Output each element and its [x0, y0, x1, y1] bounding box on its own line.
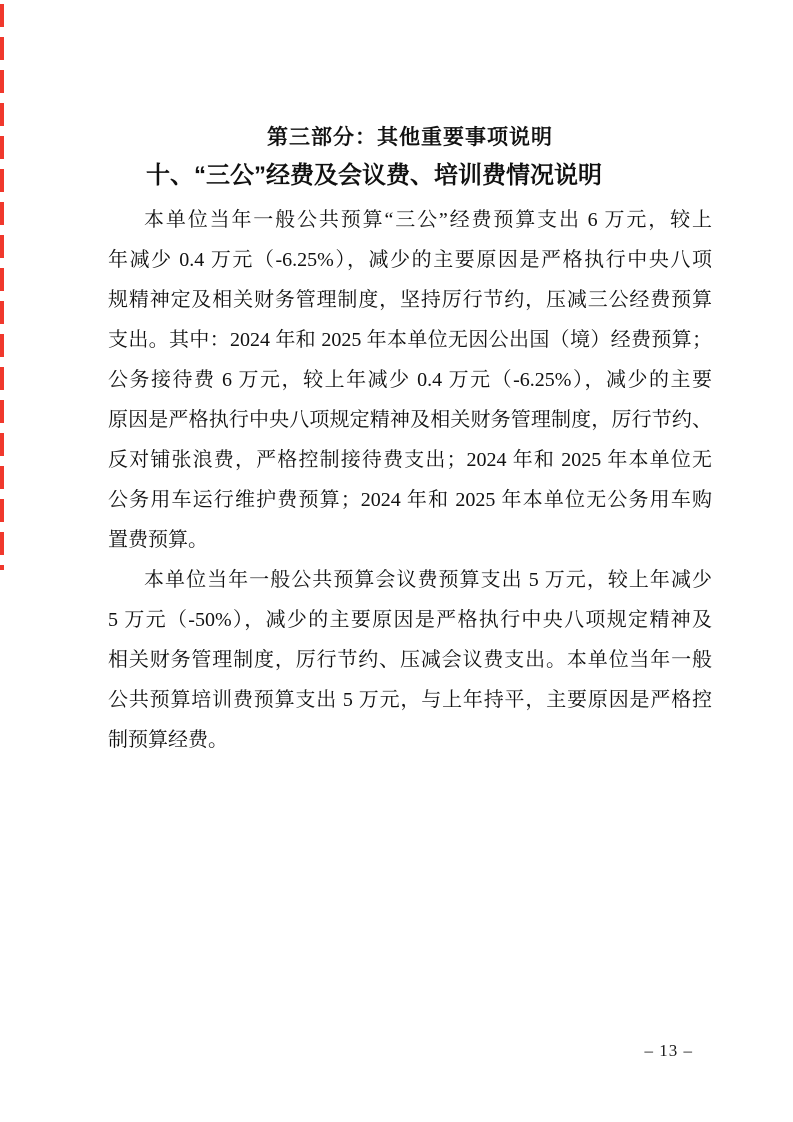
- text-line: 支出。其中：2024 年和 2025 年本单位无因公出国（境）经费预算；: [108, 320, 712, 360]
- paragraph: 本单位当年一般公共预算“三公”经费预算支出 6 万元，较上年减少 0.4 万元（…: [108, 200, 712, 560]
- text-line: 规精神定及相关财务管理制度，坚持厉行节约，压减三公经费预算: [108, 280, 712, 320]
- text-line: 年减少 0.4 万元（-6.25%），减少的主要原因是严格执行中央八项: [108, 240, 712, 280]
- document-page: 第三部分：其他重要事项说明 十、“三公”经费及会议费、培训费情况说明 本单位当年…: [0, 0, 793, 1122]
- paragraph: 本单位当年一般公共预算会议费预算支出 5 万元，较上年减少5 万元（-50%），…: [108, 560, 712, 760]
- text-line: 原因是严格执行中央八项规定精神及相关财务管理制度，厉行节约、: [108, 400, 712, 440]
- text-line: 本单位当年一般公共预算会议费预算支出 5 万元，较上年减少: [108, 560, 712, 600]
- text-line: 制预算经费。: [108, 720, 712, 760]
- page-title: 第三部分：其他重要事项说明: [108, 120, 712, 154]
- page-number: – 13 –: [645, 1041, 694, 1061]
- text-line: 反对铺张浪费，严格控制接待费支出；2024 年和 2025 年本单位无: [108, 440, 712, 480]
- paragraphs: 本单位当年一般公共预算“三公”经费预算支出 6 万元，较上年减少 0.4 万元（…: [108, 200, 712, 760]
- text-line: 相关财务管理制度，厉行节约、压减会议费支出。本单位当年一般: [108, 640, 712, 680]
- text-line: 5 万元（-50%），减少的主要原因是严格执行中央八项规定精神及: [108, 600, 712, 640]
- text-line: 公务接待费 6 万元，较上年减少 0.4 万元（-6.25%），减少的主要: [108, 360, 712, 400]
- text-line: 置费预算。: [108, 520, 712, 560]
- text-line: 公共预算培训费预算支出 5 万元，与上年持平，主要原因是严格控: [108, 680, 712, 720]
- text-line: 公务用车运行维护费预算；2024 年和 2025 年本单位无公务用车购: [108, 480, 712, 520]
- scan-edge-marks: [0, 4, 4, 570]
- text-line: 本单位当年一般公共预算“三公”经费预算支出 6 万元，较上: [108, 200, 712, 240]
- section-heading: 十、“三公”经费及会议费、培训费情况说明: [108, 160, 712, 192]
